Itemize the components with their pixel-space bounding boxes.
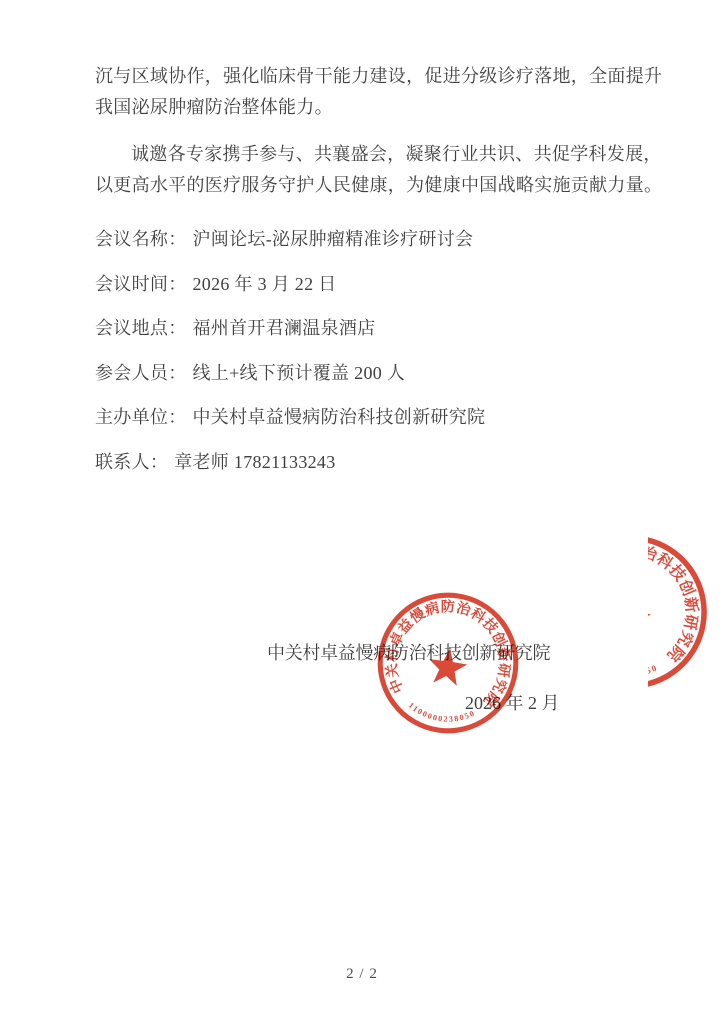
- svg-text:0: 0: [650, 663, 659, 674]
- detail-value: 线上+线下预计覆盖 200 人: [193, 363, 406, 383]
- svg-text:0: 0: [432, 713, 438, 723]
- svg-text:0: 0: [438, 714, 443, 723]
- detail-value: 中关村卓益慢病防治科技创新研究院: [193, 407, 486, 427]
- body-paragraph-2: 诚邀各专家携手参与、共襄盛会，凝聚行业共识、共促学科发展， 以更高水平的医疗服务…: [95, 139, 633, 201]
- svg-text:技: 技: [665, 561, 690, 586]
- svg-text:研: 研: [680, 613, 700, 632]
- detail-row-organizer: 主办单位：中关村卓益慢病防治科技创新研究院: [95, 395, 655, 440]
- signature-date: 2026 年 2 月: [465, 689, 560, 715]
- detail-label: 会议地点：: [95, 318, 187, 338]
- svg-text:技: 技: [478, 614, 501, 637]
- detail-row-meeting-time: 会议时间：2026 年 3 月 22 日: [95, 262, 655, 307]
- detail-label: 主办单位：: [95, 407, 187, 427]
- svg-text:慢: 慢: [406, 604, 429, 627]
- paragraph-line: 沉与区域协作，强化临床骨干能力建设，促进分级诊疗落地，全面提升: [95, 61, 633, 92]
- svg-text:0: 0: [421, 709, 428, 719]
- svg-text:0: 0: [416, 707, 424, 717]
- svg-text:治: 治: [648, 542, 660, 565]
- svg-text:0: 0: [426, 711, 433, 721]
- detail-row-contact: 联系人：章老师 17821133243: [95, 440, 655, 485]
- document-page: 沉与区域协作，强化临床骨干能力建设，促进分级诊疗落地，全面提升 我国泌尿肿瘤防治…: [0, 0, 724, 1024]
- detail-value: 章老师 17821133243: [174, 452, 335, 472]
- svg-text:2: 2: [443, 715, 447, 724]
- detail-row-meeting-place: 会议地点：福州首开君澜温泉酒店: [95, 306, 655, 351]
- detail-row-attendees: 参会人员：线上+线下预计覆盖 200 人: [95, 351, 655, 396]
- official-seal-partial: 中关村卓益慢病防治科技创新研究院1100000238050: [648, 515, 724, 715]
- svg-text:0: 0: [459, 713, 465, 723]
- detail-row-meeting-name: 会议名称：沪闽论坛-泌尿肿瘤精准诊疗研讨会: [95, 217, 655, 262]
- paragraph-line: 诚邀各专家携手参与、共襄盛会，凝聚行业共识、共促学科发展，: [95, 139, 633, 170]
- svg-text:新: 新: [681, 596, 702, 614]
- detail-value: 沪闽论坛-泌尿肿瘤精准诊疗研讨会: [193, 229, 474, 249]
- paragraph-line: 我国泌尿肿瘤防治整体能力。: [95, 92, 633, 123]
- svg-text:院: 院: [663, 641, 688, 666]
- detail-label: 联系人：: [95, 452, 168, 472]
- body-paragraph-1: 沉与区域协作，强化临床骨干能力建设，促进分级诊疗落地，全面提升 我国泌尿肿瘤防治…: [95, 61, 633, 123]
- signature-organization: 中关村卓益慢病防治科技创新研究院: [267, 639, 550, 665]
- page-number: 2 / 2: [0, 966, 724, 983]
- svg-text:治: 治: [454, 599, 473, 619]
- detail-value: 福州首开君澜温泉酒店: [193, 318, 376, 338]
- detail-value: 2026 年 3 月 22 日: [193, 274, 337, 294]
- svg-text:防: 防: [441, 598, 456, 615]
- svg-text:3: 3: [449, 715, 454, 724]
- svg-text:8: 8: [454, 714, 459, 723]
- detail-label: 会议时间：: [95, 274, 187, 294]
- detail-label: 会议名称：: [95, 229, 187, 249]
- svg-text:创: 创: [675, 576, 699, 599]
- svg-text:1: 1: [411, 704, 420, 714]
- svg-text:中: 中: [386, 676, 407, 696]
- svg-text:科: 科: [653, 549, 677, 574]
- official-seal-partial-graphic: 中关村卓益慢病防治科技创新研究院1100000238050: [648, 515, 724, 715]
- svg-text:究: 究: [674, 628, 698, 651]
- svg-text:5: 5: [648, 665, 653, 676]
- svg-text:病: 病: [422, 599, 441, 620]
- paragraph-line: 以更高水平的医疗服务守护人民健康，为健康中国战略实施贡献力量。: [95, 170, 633, 201]
- svg-text:科: 科: [467, 604, 490, 627]
- meeting-details: 会议名称：沪闽论坛-泌尿肿瘤精准诊疗研讨会 会议时间：2026 年 3 月 22…: [95, 217, 655, 485]
- svg-text:益: 益: [395, 615, 417, 637]
- svg-text:1: 1: [407, 701, 416, 710]
- detail-label: 参会人员：: [95, 363, 187, 383]
